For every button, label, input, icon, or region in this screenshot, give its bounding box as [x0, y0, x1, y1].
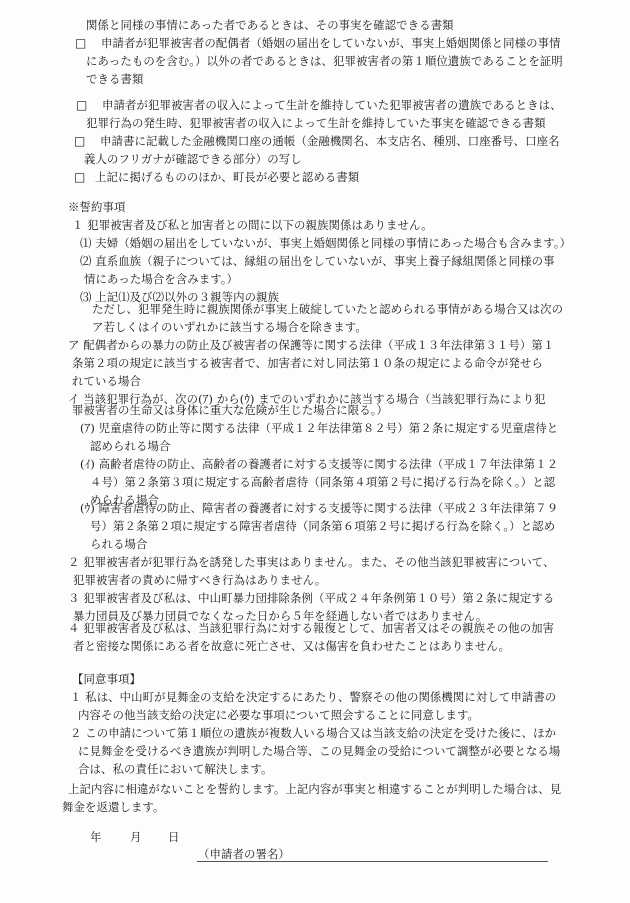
pledge-line: ４ 犯罪被害者及び私は、当該犯罪行為に対する報復として、加害者又はその親族その他… — [68, 620, 554, 637]
pledge-line: ２ 犯罪被害者が犯罪行為を誘発した事実はありません。また、その他当該犯罪被害につ… — [68, 554, 555, 571]
pledge-line: ただし、犯罪発生時に親族関係が事実上破綻していたと認められる事情がある場合又は次… — [92, 301, 563, 318]
consent-line: ２ この申請について第１順位の遺族が複数人いる場合又は当該支給の決定を受けた後に… — [70, 725, 556, 742]
date-day-label[interactable]: 日 — [168, 829, 180, 846]
pledge-line: 者と密接な関係にある者を故意に死亡させ、又は傷害を負わせたことはありません。 — [73, 638, 510, 655]
pledge-line: ア 配偶者からの暴力の防止及び被害者の保護等に関する法律（平成１３年法律第３１号… — [68, 337, 554, 354]
pledge-line: れている場合 — [72, 373, 141, 390]
pledge-line: ３ 犯罪被害者及び私は、中山町暴力団排除条例（平成２４年条例第１０号）第２条に規… — [68, 590, 554, 607]
doc-item-1-line-2: できる書類 — [86, 71, 143, 88]
pledge-heading: ※誓約事項 — [68, 199, 125, 216]
declaration-line: 上記内容に相違がないことを誓約します。上記内容が事実と相違することが判明した場合… — [68, 781, 561, 798]
date-year-label[interactable]: 年 — [90, 829, 102, 846]
consent-line: １ 私は、中山町が見舞金の支給を決定するにあたり、警察その他の関係機関に対して申… — [70, 689, 556, 706]
consent-line: 合は、私の責任において解決します。 — [78, 761, 272, 778]
doc-item-2-line-0: 申請者が犯罪被害者の収入によって生計を維持していた犯罪被害者の遺族であるときは、 — [102, 97, 562, 114]
pledge-line: (ｲ) 高齢者虐待の防止、高齢者の養護者に対する支援等に関する法律（平成１７年法… — [80, 456, 558, 473]
pledge-line: 条第２項の規定に該当する被害者で、加害者に対し同法第１０条の規定による命令が発せ… — [72, 355, 543, 372]
pledge-line: (ｳ) 障害者虐待の防止、障害者の養護者に対する支援等に関する法律（平成２３年法… — [80, 500, 558, 517]
pledge-line: １ 犯罪被害者及び私と加害者との間に以下の親族関係はありません。 — [72, 217, 433, 234]
consent-heading: 【同意事項】 — [72, 671, 141, 688]
pledge-line: ア若しくはイのいずれかに該当する場合を除きます。 — [92, 319, 367, 336]
doc-item-2-line-1: 犯罪行為の発生時、犯罪被害者の収入によって生計を維持していた事実を確認できる書類 — [86, 115, 546, 132]
pledge-line: 情にあった場合を含みます。） — [84, 271, 238, 288]
checkbox-icon[interactable]: □ — [76, 97, 87, 114]
pledge-line: 罪被害者の生命又は身体に重大な危険が生じた場合に限る。） — [72, 402, 388, 419]
doc-item-1-line-1: にあったものを含む。）以外の者であるときは、犯罪被害者の第１順位遺族であることを… — [86, 53, 563, 70]
pledge-line: ⑵ 直系血族（親子については、縁組の届出をしていないが、事実上養子縁組関係と同様… — [80, 253, 555, 270]
pledge-line: 号）第２条第２項に規定する障害者虐待（同条第６項第２号に掲げる行為を除く。）と認… — [90, 518, 555, 535]
pledge-line: ４号）第２条第３項に規定する高齢者虐待（同条第４項第２号に掲げる行為を除く。）と… — [90, 474, 555, 491]
signature-line[interactable] — [197, 861, 548, 862]
pledge-line: 認められる場合 — [90, 438, 170, 455]
doc-item-3-line-1: 義人のフリガナが確認できる部分）の写し — [84, 151, 302, 168]
doc-item-1-line-0: 申請者が犯罪被害者の配偶者（婚姻の届出をしていないが、事実上婚姻関係と同様の事情 — [101, 35, 561, 52]
checkbox-icon[interactable]: □ — [75, 35, 86, 52]
date-month-label[interactable]: 月 — [130, 829, 142, 846]
consent-line: に見舞金を受けるべき遺族が判明した場合等、この見舞金の受給について調整が必要とな… — [78, 743, 560, 760]
pledge-line: ⑴ 夫婦（婚姻の届出をしていないが、事実上婚姻関係と同様の事情にあった場合も含み… — [80, 235, 571, 252]
declaration-line: 舞金を返還します。 — [62, 799, 165, 816]
pledge-line: (ｱ) 児童虐待の防止等に関する法律（平成１２年法律第８２号）第２条に規定する児… — [80, 420, 558, 437]
doc-item-0-line-0: 関係と同様の事情にあった者であるときは、その事実を確認できる書類 — [86, 17, 454, 34]
checkbox-icon[interactable]: □ — [74, 133, 85, 150]
pledge-line: られる場合 — [90, 536, 147, 553]
checkbox-icon[interactable]: □ — [74, 169, 85, 186]
pledge-line: 犯罪被害者の責めに帰すべき行為はありません。 — [73, 572, 326, 589]
doc-item-4-line-0: 上記に掲げるもののほか、町長が必要と認める書類 — [95, 169, 359, 186]
consent-line: 内容その他当該支給の決定に必要な事項について照会することに同意します。 — [78, 707, 479, 724]
doc-item-3-line-0: 申請書に記載した金融機関口座の通帳（金融機関名、本支店名、種別、口座番号、口座名 — [100, 133, 560, 150]
